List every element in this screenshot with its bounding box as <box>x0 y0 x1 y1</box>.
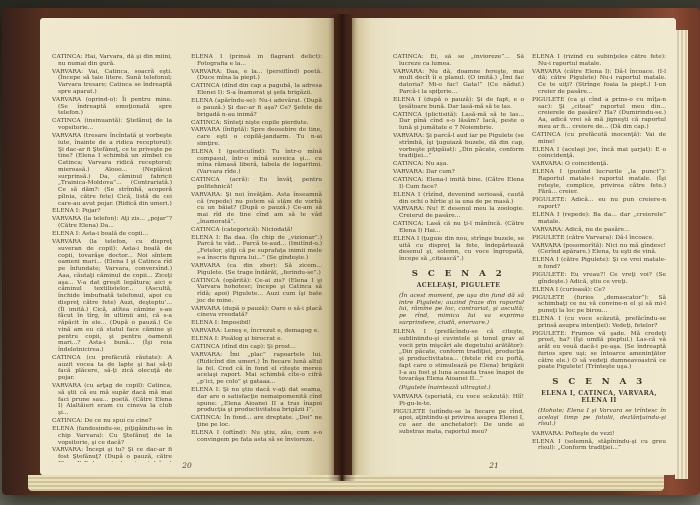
scene-heading: S C E N A 2 <box>393 271 524 278</box>
dialogue-line: CATINCA (dînd din cap a pagubă, la adres… <box>191 83 322 97</box>
dialogue-line: VARVARA (posomorîtă): Nici nu mă gîndesc… <box>532 243 666 257</box>
dialogue-line: ELENA I (cu voce scăzută, prefăcîndu-se … <box>532 316 666 330</box>
page-edge-stack-left <box>13 24 43 483</box>
dialogue-line: CATINCA: În fond... are dreptate. „Doi” … <box>191 415 322 429</box>
dialogue-line: VARVARA: Vai, Catinca, soacră eşti. (Înc… <box>52 69 172 96</box>
dialogue-line: PIGULETE (ca şi cînd a prins-o cu mîţa-n… <box>532 97 666 131</box>
dialogue-line: VARVARA: Şi parcă-l aud iar pe Pigulete … <box>393 133 524 160</box>
dialogue-line: ELENA I (ţuguie din nou, strînge buzele,… <box>393 236 524 263</box>
dialogue-line: PIGULETE: Adică... eu nu pun creiere-n r… <box>532 197 666 211</box>
scene-cast-list: ELENA I, CATINCA, VARVARA, ELENA II <box>532 391 666 405</box>
dialogue-line: ELENA (fandosindu-se, piţigăindu-se în c… <box>52 426 172 446</box>
right-page-column-1: CATINCA: Ei, să se „învioreze”... Să luc… <box>393 54 524 462</box>
dialogue-line: VARVARA (ca din zbor): Să zicem... Pigul… <box>191 263 322 277</box>
dialogue-line: CATINCA (cu prefăcută inocenţă): Vai de … <box>532 132 666 146</box>
dialogue-line: VARVARA: Începi şi tu? Şi ce dac-ar fi f… <box>52 447 172 462</box>
dialogue-line: VARVARA (la telefon): Aţi zis... „pojar”… <box>52 216 172 230</box>
dialogue-line: CATINCA (categorică): Niciodată! <box>191 227 322 234</box>
dialogue-line: ELENA I (prefăcîndu-se că citeşte, subli… <box>393 329 524 383</box>
dialogue-line: ELENA I (gesticulînd): Tu într-o mînă co… <box>191 149 322 176</box>
left-page: CATINCA: Hai, Varvara, dă şi din mîini, … <box>40 18 334 475</box>
dialogue-line: ELENA I: Asta-i boală de copii... <box>52 231 172 238</box>
dialogue-line: CATINCA: Sînteţi nişte copile pierdute. <box>191 120 322 127</box>
dialogue-line: ELENA I (prinsă în flagrant delict): Fot… <box>191 54 322 68</box>
dialogue-line: CATINCA (opărită): Ce-ai zis? (Elena I ş… <box>191 278 322 305</box>
dialogue-line: CATINCA: De ce nu spui cu cine? <box>52 418 172 425</box>
dialogue-line: VARVARA (speriată, cu voce scăzută): Hîî… <box>393 394 524 408</box>
dialogue-line: VARVARA: Pofteşte de vezi! <box>532 431 666 438</box>
dialogue-line: ELENA I (acelaşi joc, încă mai şarjat): … <box>532 147 666 161</box>
dialogue-line: VARVARA: Daa, e la... (persiflînd) poetă… <box>191 69 322 83</box>
left-page-column-2: ELENA I (prinsă în flagrant delict): Fot… <box>191 54 322 462</box>
book-gutter-shadow <box>328 14 356 481</box>
page-number: 20 <box>40 461 334 470</box>
dialogue-line: VARVARA (înfiptă): Spre deosebire de tin… <box>191 127 322 147</box>
dialogue-line: CATINCA (dînd din cap): Şi prost... <box>191 344 322 351</box>
dialogue-line: PIGULETE: Eu vreau?! Ce vreţi voi? (Se g… <box>532 272 666 286</box>
dialogue-line: PIGULETE: Frumos vă şade. Mă credeţi pro… <box>532 331 666 372</box>
dialogue-line: CATINCA (plictisită): Lasă-mă să te las.… <box>393 112 524 132</box>
dialogue-line: PIGULETE (furios „demascator”): Să schim… <box>532 295 666 315</box>
dialogue-line: VARVARA (către Elena I): Dă-l încoace. (… <box>532 69 666 96</box>
dialogue-line: ELENA I (curioasă): Ce? <box>532 287 666 294</box>
dialogue-line: VARVARA (după o pauză): Oare o să-i plac… <box>191 306 322 320</box>
dialogue-line: VARVARA: Leneş e, încrezut e, demagog e. <box>191 328 322 335</box>
dialogue-line: ELENA I (solemnă, stăpînindu-şi cu greu … <box>532 439 666 453</box>
dialogue-line: ELENA I (după o pauză): Şi de fapt, e o … <box>393 97 524 111</box>
dialogue-line: ELENA I (repede): Ba da... dar „creierel… <box>532 212 666 226</box>
right-page: CATINCA: Ei, să se „învioreze”... Să luc… <box>352 18 676 475</box>
dialogue-line: ELENA I: Pisălog şi birocrat e. <box>191 336 322 343</box>
dialogue-line: VARVARA: Îmi „plac” rapoartele lui. (Rid… <box>191 352 322 386</box>
dialogue-line: CATINCA (insinuantă): Ştefănuţ de la vop… <box>52 118 172 132</box>
page-number: 21 <box>352 461 636 470</box>
book-spread-photo: CATINCA: Hai, Varvara, dă şi din mîini, … <box>0 0 700 505</box>
dialogue-line: VARVARA (oprind-o): Îi pentru mine. (Se … <box>52 97 172 117</box>
dialogue-line: VARVARA: Nu dă, doamne fereşte, mai mult… <box>393 69 524 96</box>
dialogue-line: CATINCA: Nu aşa. <box>393 161 524 168</box>
right-page-column-2: ELENA I (rîzînd cu subînţeles către fete… <box>532 54 666 462</box>
dialogue-line: CATINCA (acră): Eu învăţ pentru politehn… <box>191 177 322 191</box>
dialogue-line: VARVARA: Dar cum? <box>393 169 524 176</box>
dialogue-line: CATINCA: Elena-l imită bine. (Către Elen… <box>393 177 524 191</box>
dialogue-line: ELENA I (rîzînd cu subînţeles către fete… <box>532 54 666 68</box>
dialogue-line: ELENA I (oftînd): Nu ştiu, zău, cum s-o … <box>191 430 322 444</box>
dialogue-line: ELENA (apărîndu-se): Nu-i adevărat. (Dup… <box>191 98 322 118</box>
stage-direction: (În acest moment, pe uşa din fund dă să … <box>393 293 524 327</box>
dialogue-line: CATINCA (cu prefăcută răutate): A auzit … <box>52 355 172 382</box>
dialogue-line: VARVARA: Adică, nu de pasăre... <box>532 227 666 234</box>
dialogue-line: VARVARA (tresare încîntată şi vorbeşte i… <box>52 133 172 207</box>
dialogue-line: ELENA I: Şi nu ştiu dacă v-aţi dat seama… <box>191 387 322 414</box>
dialogue-line: ELENA I (rîzînd, devenind serioasă, caut… <box>393 192 524 206</box>
stage-direction: (Hohote; Elena I şi Varvara se trîntesc … <box>532 408 666 428</box>
dialogue-line: CATINCA: Lasă că nu ţi-l mănîncă. (Către… <box>393 221 524 235</box>
dialogue-line: VARVARA (cu arţag de copil): Catinca, să… <box>52 383 172 417</box>
dialogue-line: ELENA I (punînd lucrurile „la punct”): R… <box>532 169 666 196</box>
dialogue-line: ELENA I (către Pigulete): Şi ce vrei mat… <box>532 257 666 271</box>
dialogue-line: VARVARA: Nu! E desenul meu la zoologie. … <box>393 206 524 220</box>
dialogue-line: VARVARA: O coincidenţă. <box>532 161 666 168</box>
dialogue-line: ELENA I: Pojar? <box>52 208 172 215</box>
dialogue-line: ELENA I: Ba daa. (În chip de „vizionar”.… <box>191 235 322 262</box>
dialogue-line: VARVARA (la telefon, cu dispreţ suveran … <box>52 239 172 354</box>
dialogue-line: ELENA I: Imposibil! <box>191 320 322 327</box>
dialogue-line: PIGULETE (uitîndu-se la fiecare pe rînd,… <box>393 409 524 436</box>
dialogue-line: CATINCA: Hai, Varvara, dă şi din mîini, … <box>52 54 172 68</box>
scene-cast-list: ACELEAŞI, PIGULETE <box>393 283 524 290</box>
left-page-column-1: CATINCA: Hai, Varvara, dă şi din mîini, … <box>52 54 172 462</box>
dialogue-line: CATINCA: Ei, să se „învioreze”... Să luc… <box>393 54 524 68</box>
stage-direction: (Pigulete înaintează ultragiat.) <box>393 385 524 392</box>
page-fore-edge-right <box>675 30 688 479</box>
dialogue-line: PIGULETE (către Varvara): Dă-l încoace. <box>532 235 666 242</box>
dialogue-line: VARVARA: Şi noi învăţăm. Asta înseamnă c… <box>191 192 322 226</box>
scene-heading: S C E N A 3 <box>532 379 666 386</box>
